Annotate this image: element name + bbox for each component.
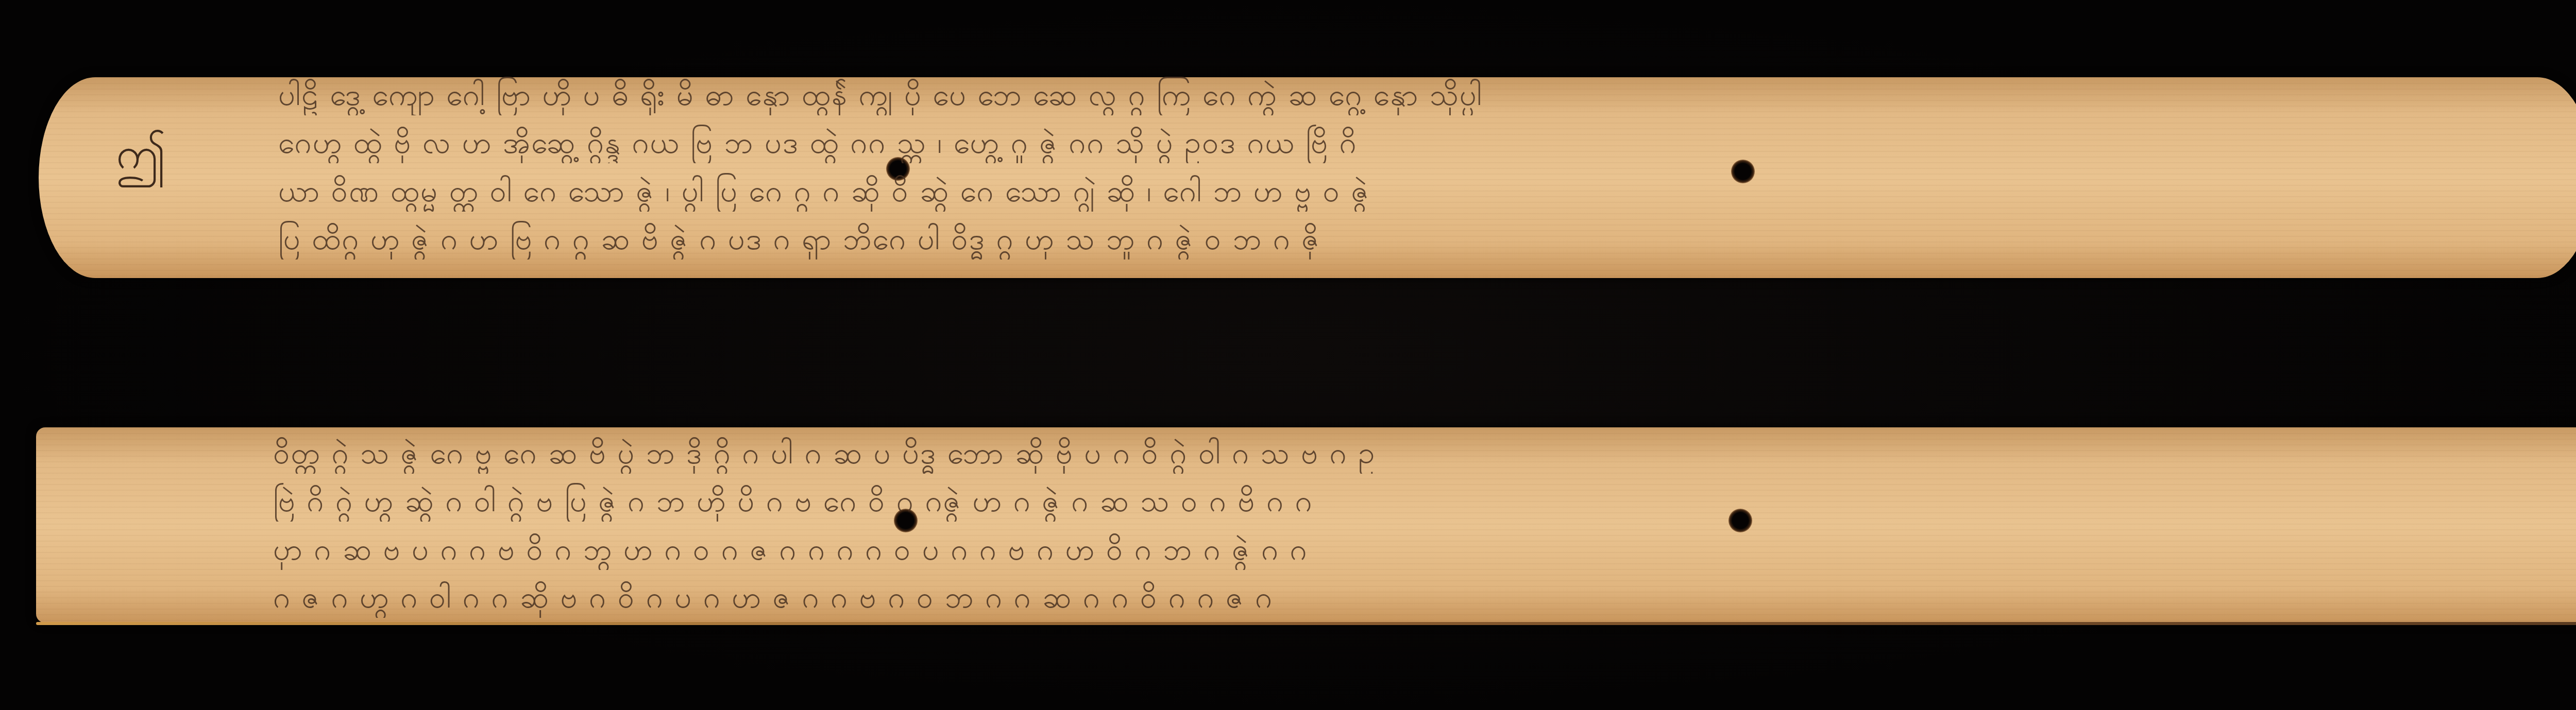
text-line: ပြ ထိဂ္ဂ ဟု ဇွဲ ဂ ဟ ဗြ ဂ ဂ္ဂ ဆ ဗိ ဇွဲ ဂ …: [278, 218, 2385, 259]
text-line: ဗြဲ ဂိ ဂွဲ ဟွ ဆွဲ ဂ ဝါ ဂွဲ ဗ ပြ ဇွဲ ဂ ဘ …: [273, 480, 2483, 522]
marginal-symbol: ဤ: [116, 126, 166, 190]
text-line: ဂ ဇ ဂ ဟွ ဂ ဝါ ဂ ဂ ဆို ဗ ဂ ဝိ ဂ ပ ဂ ဟ ဇ ဂ…: [273, 577, 2483, 618]
palm-leaf-top: ဤ ပါဠိ ဒွေ့ ကျော ဂေါ့ ဗြာ ဟို ပ ဓိ ရိုး …: [39, 77, 2576, 278]
leaf-text-bottom: ဝိတ္တ ဂွဲ သ ဇွဲ ဂေ ဗ္ဗ ဂေ ဆ ဗိ ပွဲ ဘ ဒို…: [273, 432, 2483, 618]
leaf-text-top: ပါဠိ ဒွေ့ ကျော ဂေါ့ ဗြာ ဟို ပ ဓိ ရိုး မိ…: [278, 74, 2385, 259]
palm-leaf-bottom: ဝိတ္တ ဂွဲ သ ဇွဲ ဂေ ဗ္ဗ ဂေ ဆ ဗိ ပွဲ ဘ ဒို…: [36, 427, 2576, 623]
text-line: ပှာ ဂ ဆ ဗ ပ ဂ ဂ ဗ ဝိ ဂ ဘွ ဟ ဂ ဝ ဂ ဇ ဂ ဂ …: [273, 529, 2483, 570]
text-line: ယာ ဝိဏ ထွမ္မ တ္ထ ဝါ ဂေ သော ဇွဲ ၊ ပွါ ပြ …: [278, 170, 2385, 212]
text-line: ဂေဟွ ထွဲ ဗို လ ဟ အိုဆွေ့ ဂွိန္ဒ ဂယ ဗြ ဘ …: [278, 122, 2385, 163]
text-line: ဝိတ္တ ဂွဲ သ ဇွဲ ဂေ ဗ္ဗ ဂေ ဆ ဗိ ပွဲ ဘ ဒို…: [273, 432, 2483, 474]
text-line: ပါဠိ ဒွေ့ ကျော ဂေါ့ ဗြာ ဟို ပ ဓိ ရိုး မိ…: [278, 74, 2385, 115]
